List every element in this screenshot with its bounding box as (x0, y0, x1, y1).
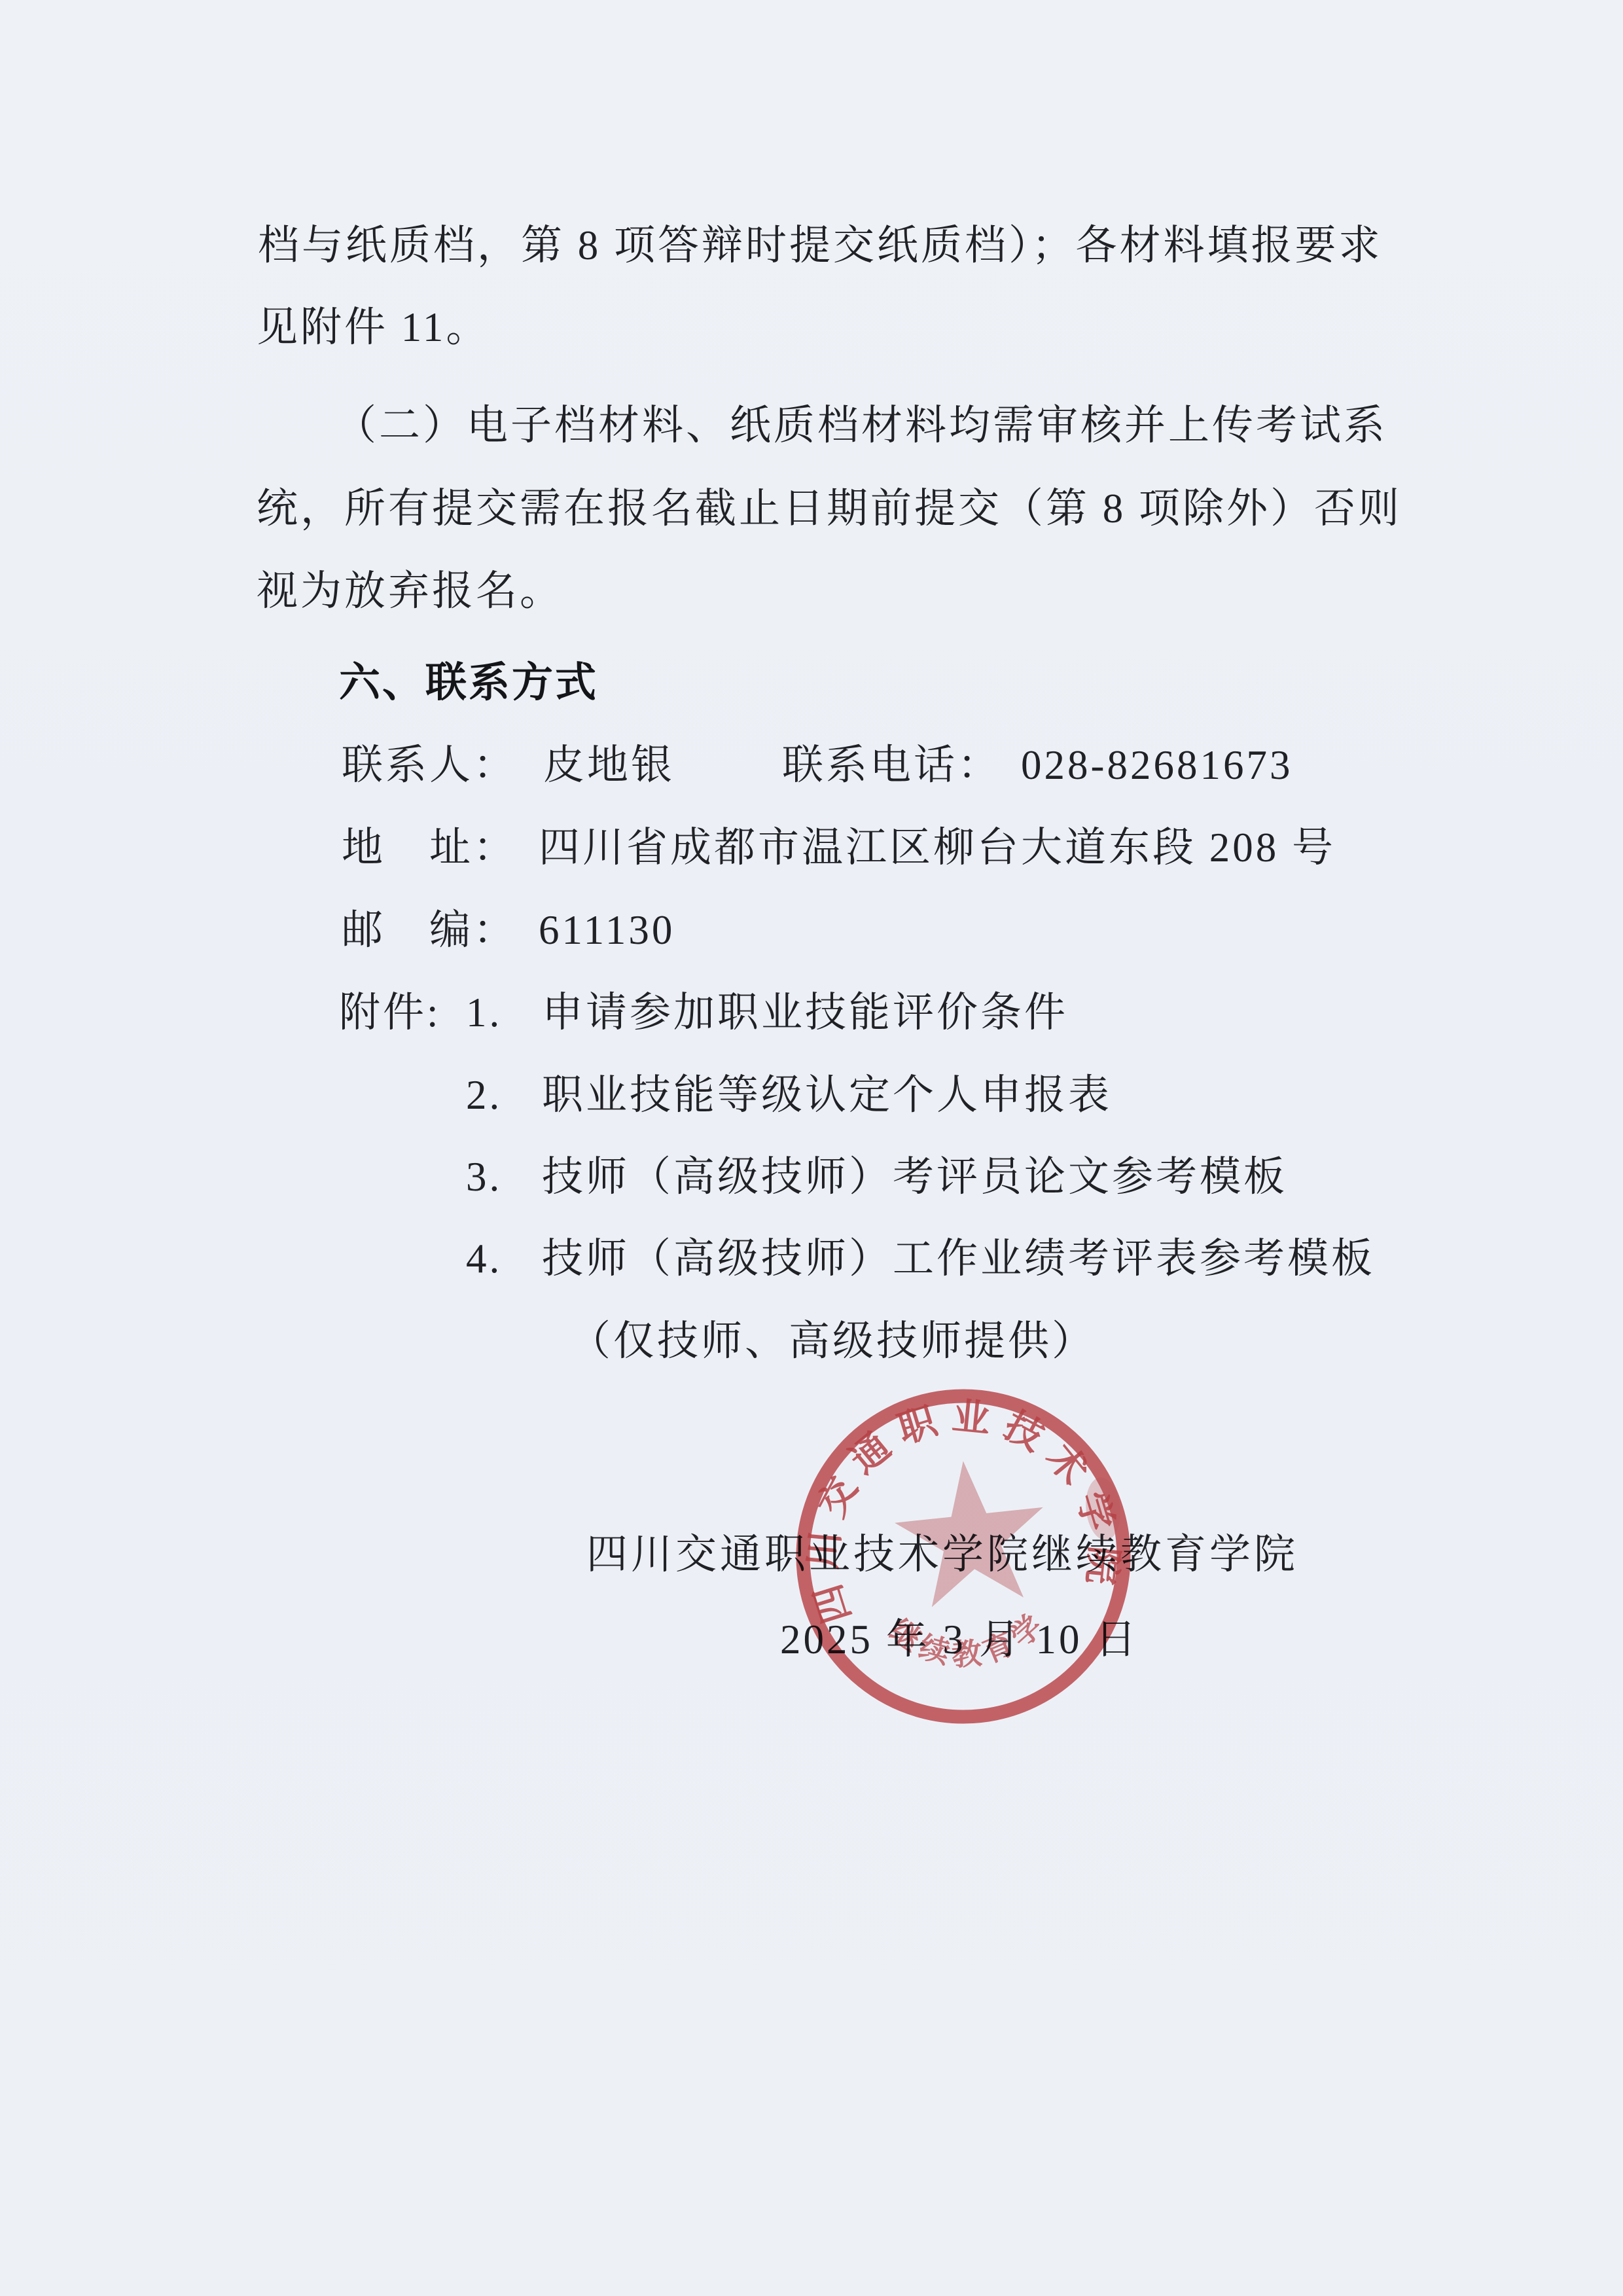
contact-person-row: 联系人：皮地银联系电话：028-82681673 (342, 742, 1293, 789)
contact-phone-value: 028-82681673 (1021, 742, 1293, 788)
attachment-number: 4. (466, 1236, 542, 1282)
contact-postal-value: 611130 (539, 907, 675, 953)
attachment-title: 技师（高级技师）工作业绩考评表参考模板 (542, 1236, 1375, 1282)
attachment-row: 附件:1.申请参加职业技能评价条件 (339, 990, 1068, 1036)
contact-person-label: 联系人： (342, 742, 543, 789)
attachment-title: 职业技能等级认定个人申报表 (542, 1072, 1112, 1118)
attachment-number: 2. (466, 1072, 542, 1119)
body-line: （二）电子档材料、纸质档材料均需审核并上传考试系 (335, 403, 1387, 449)
contact-phone-label: 联系电话： (782, 742, 1021, 789)
star-icon (889, 1453, 1052, 1610)
body-line: 视为放弃报名。 (257, 568, 563, 615)
official-seal: 四川交通职业技术学院 继续教育学院 (747, 1334, 1180, 1778)
body-line: 档与纸质档，第 8 项答辩时提交纸质档）；各材料填报要求 (258, 223, 1383, 269)
contact-person-value: 皮地银 (543, 742, 782, 789)
attachment-row: 4.技师（高级技师）工作业绩考评表参考模板 (466, 1236, 1375, 1282)
attachment-title: 申请参加职业技能评价条件 (542, 990, 1068, 1035)
body-line: 统，所有提交需在报名截止日期前提交（第 8 项除外）否则 (257, 486, 1402, 532)
contact-address-label: 地 址： (342, 825, 539, 871)
attachment-number: 1. (466, 990, 542, 1036)
contact-postal-row: 邮 编：611130 (342, 907, 675, 954)
attachment-row: 3.技师（高级技师）考评员论文参考模板 (466, 1154, 1287, 1200)
section-heading: 六、联系方式 (339, 660, 598, 706)
attachment-row: 2.职业技能等级认定个人申报表 (466, 1072, 1112, 1119)
contact-address-row: 地 址：四川省成都市温江区柳台大道东段 208 号 (342, 825, 1336, 871)
contact-postal-label: 邮 编： (342, 907, 539, 954)
attachments-label: 附件: (339, 990, 466, 1036)
body-line: 见附件 11。 (257, 304, 490, 351)
scanned-document-page: 档与纸质档，第 8 项答辩时提交纸质档）；各材料填报要求 见附件 11。 （二）… (0, 0, 1623, 2296)
contact-address-value: 四川省成都市温江区柳台大道东段 208 号 (539, 825, 1336, 870)
attachment-title: 技师（高级技师）考评员论文参考模板 (542, 1154, 1287, 1200)
attachment-number: 3. (466, 1154, 542, 1200)
